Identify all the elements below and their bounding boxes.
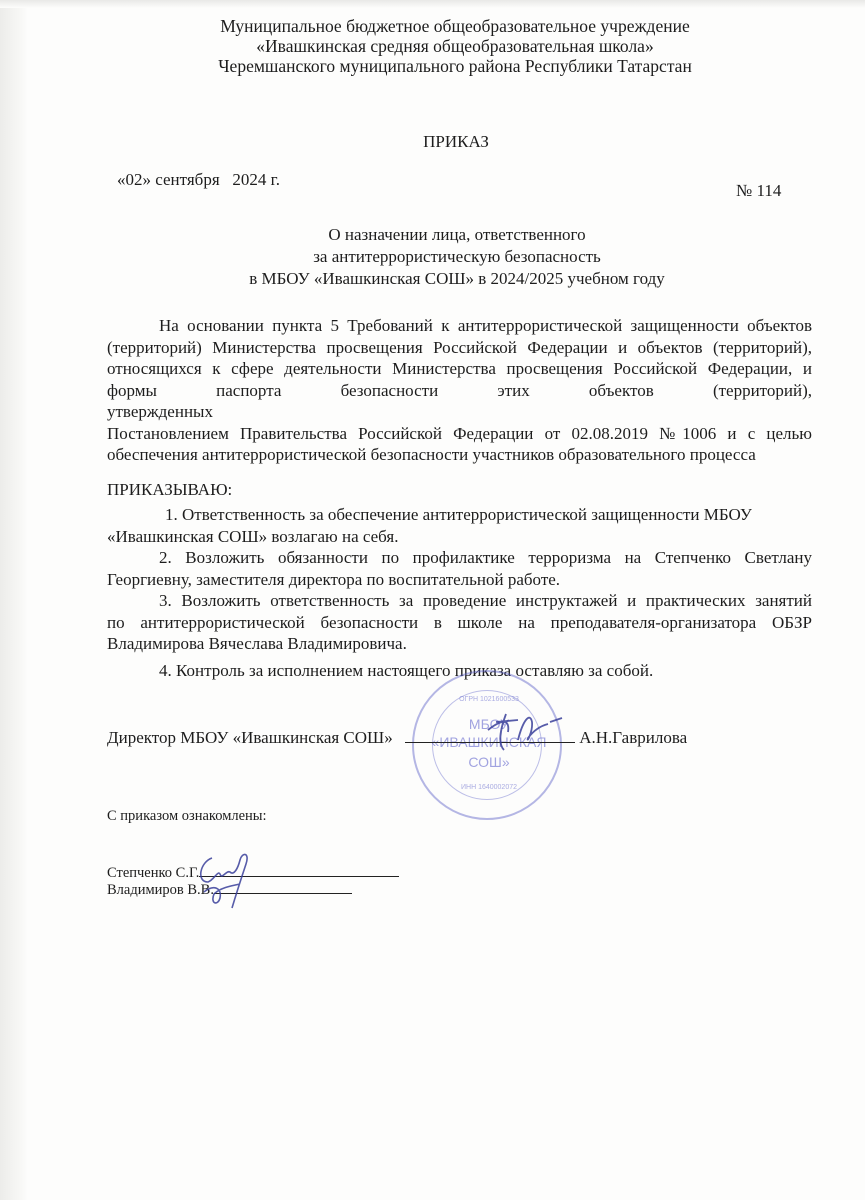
order-number: № 114 xyxy=(736,181,781,201)
institution-line-2: «Ивашкинская средняя общеобразовательная… xyxy=(105,36,805,56)
director-position: Директор МБОУ «Ивашкинская СОШ» xyxy=(107,728,393,747)
title-line-3: в МБОУ «Ивашкинская СОШ» в 2024/2025 уче… xyxy=(107,268,807,290)
item-line: 3. Возложить ответственность за проведен… xyxy=(107,590,812,612)
order-items: 1. Ответственность за обеспечение антите… xyxy=(107,504,812,681)
item-line: Георгиевну, заместителя директора по вос… xyxy=(107,569,812,591)
preamble-line: обеспечения антитеррористической безопас… xyxy=(107,444,812,466)
item-line: по антитеррористической безопасности в ш… xyxy=(107,612,812,634)
acknowledgement-person: Степченко С.Г. xyxy=(107,865,199,881)
doc-type: ПРИКАЗ xyxy=(106,132,806,152)
preamble-line: (территорий) Министерства просвещения Ро… xyxy=(107,337,812,359)
director-signature-icon xyxy=(478,700,568,760)
preamble-line: относящихся к сфере деятельности Министе… xyxy=(107,358,812,380)
preamble-line: Постановлением Правительства Российской … xyxy=(107,423,812,445)
director-name: А.Н.Гаврилова xyxy=(579,728,687,747)
order-item-2: 2. Возложить обязанности по профилактике… xyxy=(107,547,812,590)
title-line-1: О назначении лица, ответственного xyxy=(107,224,807,246)
institution-header: Муниципальное бюджетное общеобразователь… xyxy=(105,16,805,76)
director-signature-row: Директор МБОУ «Ивашкинская СОШ» А.Н.Гавр… xyxy=(107,728,687,748)
item-line: Владимирова Вячеслава Владимировича. xyxy=(107,633,812,655)
scan-edge-top xyxy=(0,0,865,8)
item-line: «Ивашкинская СОШ» возлагаю на себя. xyxy=(107,526,812,548)
acknowledgement-signatures-icon xyxy=(190,848,270,918)
title-line-2: за антитеррористическую безопасность xyxy=(107,246,807,268)
order-item-3: 3. Возложить ответственность за проведен… xyxy=(107,590,812,655)
order-date: «02» сентября 2024 г. xyxy=(117,170,280,190)
order-heading: ПРИКАЗЫВАЮ: xyxy=(107,480,232,500)
stamp-inn: ИНН 1640002072 xyxy=(414,784,564,791)
order-title: О назначении лица, ответственного за ант… xyxy=(107,224,807,290)
preamble: На основании пункта 5 Требований к антит… xyxy=(107,315,812,466)
item-line: 1. Ответственность за обеспечение антите… xyxy=(107,504,812,526)
scan-edge-left xyxy=(0,0,28,1200)
preamble-line: формы паспорта безопасности этих объекто… xyxy=(107,380,812,423)
item-line: 2. Возложить обязанности по профилактике… xyxy=(107,547,812,569)
preamble-line: На основании пункта 5 Требований к антит… xyxy=(107,315,812,337)
institution-line-1: Муниципальное бюджетное общеобразователь… xyxy=(105,16,805,36)
order-item-1: 1. Ответственность за обеспечение антите… xyxy=(107,504,812,547)
acknowledgement-heading: С приказом ознакомлены: xyxy=(107,808,267,825)
institution-line-3: Черемшанского муниципального района Респ… xyxy=(105,56,805,76)
